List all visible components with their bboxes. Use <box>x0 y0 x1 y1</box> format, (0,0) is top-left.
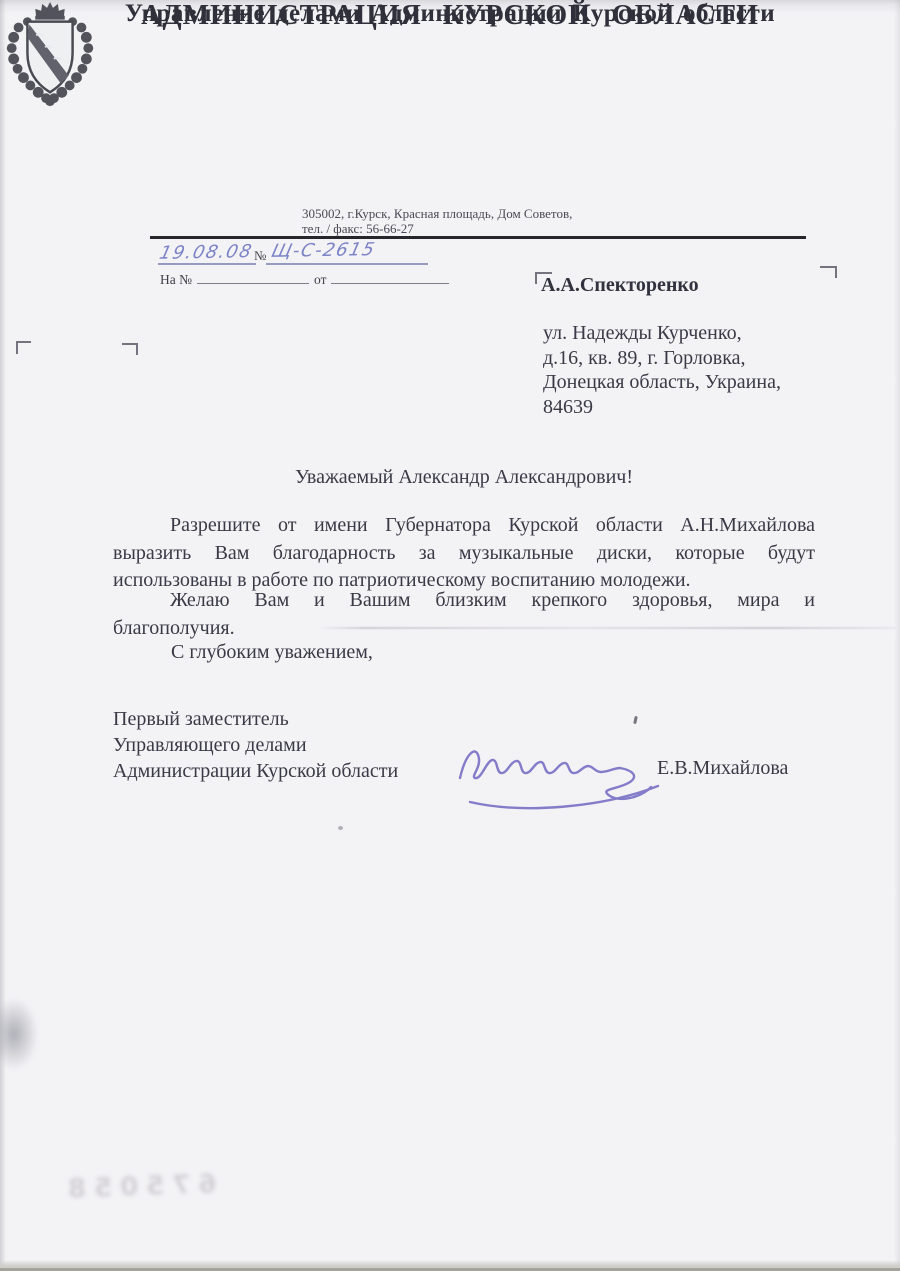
edge-smudge <box>0 998 38 1070</box>
corner-mark-left-b <box>122 343 138 355</box>
recipient-name: А.А.Спекторенко <box>541 274 699 297</box>
recipient-address-line: ул. Надежды Курченко, <box>543 321 781 346</box>
recipient-address-line: д.16, кв. 89, г. Горловка, <box>543 346 781 371</box>
department-name: Управление делами Администрации Курской … <box>0 0 900 28</box>
recipient-address-block: ул. Надежды Курченко, д.16, кв. 89, г. Г… <box>543 321 781 419</box>
paragraph-line: выразить Вам благодарность за музыкальны… <box>113 540 815 568</box>
paper-crease-line <box>318 627 896 629</box>
paragraph-line: Разрешите от имени Губернатора Курской о… <box>113 512 815 540</box>
reply-reference-row: На №от <box>160 270 454 288</box>
letterhead-address-line: 305002, г.Курск, Красная площадь, Дом Со… <box>302 206 572 221</box>
signer-title-block: Первый заместитель Управляющего делами А… <box>113 706 398 784</box>
scan-edge-left <box>0 0 6 1271</box>
body-paragraph-1: Разрешите от имени Губернатора Курской о… <box>113 512 815 595</box>
handwritten-signature <box>452 726 682 823</box>
number-blank-line <box>266 263 428 265</box>
reply-date-blank <box>331 270 449 284</box>
scan-edge-bottom <box>0 1260 900 1271</box>
letterhead-contact-block: 305002, г.Курск, Красная площадь, Дом Со… <box>302 206 572 236</box>
handwritten-date: 19.08.08 <box>157 241 254 264</box>
reply-number-blank <box>197 270 309 284</box>
letterhead-phone-line: тел. / факс: 56-66-27 <box>302 221 572 236</box>
signer-title-line: Администрации Курской области <box>113 758 398 784</box>
signer-title-line: Управляющего делами <box>113 732 398 758</box>
number-sign: № <box>254 248 266 264</box>
salutation: Уважаемый Александр Александрович! <box>113 466 815 489</box>
handwritten-outgoing-number: Щ-С-2615 <box>269 239 377 262</box>
corner-mark-left-a <box>16 341 31 354</box>
body-paragraph-2: Желаю Вам и Вашим близким крепкого здоро… <box>113 587 815 642</box>
recipient-address-line: 84639 <box>543 395 781 420</box>
recipient-corner-mark-right <box>820 266 837 278</box>
signer-title-line: Первый заместитель <box>113 706 398 732</box>
scan-edge-right <box>894 0 900 1271</box>
paragraph-line: Желаю Вам и Вашим близким крепкого здоро… <box>113 587 815 615</box>
bleed-through-text: 675058 <box>60 1169 217 1204</box>
recipient-address-line: Донецкая область, Украина, <box>543 370 781 395</box>
closing-phrase: С глубоким уважением, <box>171 641 373 664</box>
reply-prefix-label: На № <box>160 272 192 287</box>
signer-name: Е.В.Михайлова <box>657 757 788 780</box>
ink-speck <box>633 716 638 724</box>
reply-from-label: от <box>314 272 326 287</box>
scanned-letter-page: АДМИНИСТРАЦИЯ КУРСКОЙ ОБЛАСТИ Управление… <box>0 0 900 1271</box>
letterhead-divider-rule <box>150 236 806 239</box>
paper-speck <box>338 826 343 830</box>
